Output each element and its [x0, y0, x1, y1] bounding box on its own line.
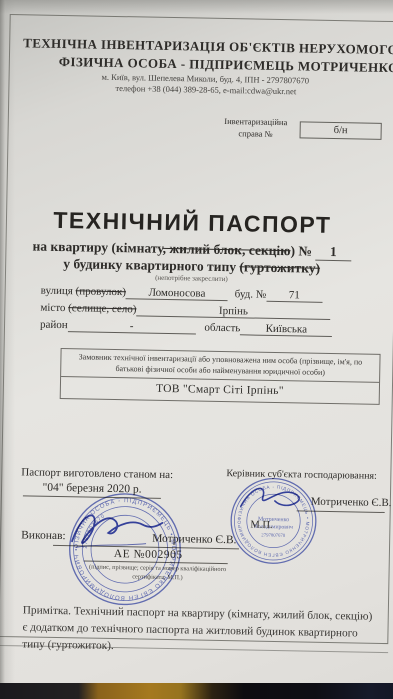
building-type-struck: (гуртожитку) — [239, 259, 320, 275]
manager-signature — [235, 482, 316, 517]
page-content: ТЕХНІЧНА ІНВЕНТАРИЗАЦІЯ ОБ'ЄКТІВ НЕРУХОМ… — [0, 0, 393, 699]
executor-signature — [66, 503, 179, 557]
building-value-field: 71 — [266, 289, 322, 303]
region-value-field: Київська — [240, 322, 332, 337]
city-label: місто — [40, 302, 68, 315]
page-left-shadow — [0, 0, 16, 683]
manager-name: Мотриченко Є.В. — [311, 496, 392, 509]
seal-place-mark: М.П. — [250, 520, 272, 531]
apartment-number-field: 1 — [315, 244, 351, 262]
inventory-case-value: б/н — [334, 125, 348, 136]
inventory-case-label: Інвентаризаційна справа № — [211, 116, 299, 141]
subtitle-struck: , жилий блок, секцію — [163, 241, 291, 258]
photo-background — [0, 683, 393, 699]
subtitle-after: ) № — [290, 243, 312, 258]
district-label: район — [40, 319, 68, 332]
street-label-struck: (провулок) — [75, 285, 126, 298]
street-label: вулиця — [41, 285, 76, 298]
right-stamp-number: 2797807670 — [261, 533, 286, 538]
city-label-struck: (селище, село) — [68, 302, 137, 315]
photo-of-document: ТЕХНІЧНА ІНВЕНТАРИЗАЦІЯ ОБ'ЄКТІВ НЕРУХОМ… — [0, 0, 393, 699]
region-label: область — [204, 322, 240, 335]
subtitle-normal: на квартиру (кімнату — [32, 238, 162, 255]
customer-value: ТОВ "Смарт Сіті Ірпінь" — [61, 377, 379, 404]
district-value-field: - — [68, 319, 196, 334]
street-value-field: Ломоносова — [126, 286, 228, 301]
building-label: буд. № — [235, 288, 267, 301]
customer-box: Замовник технічної інвентаризації або уп… — [60, 348, 381, 404]
executor-label: Виконав: — [21, 529, 66, 542]
inventory-case-value-box: б/н — [300, 121, 382, 139]
